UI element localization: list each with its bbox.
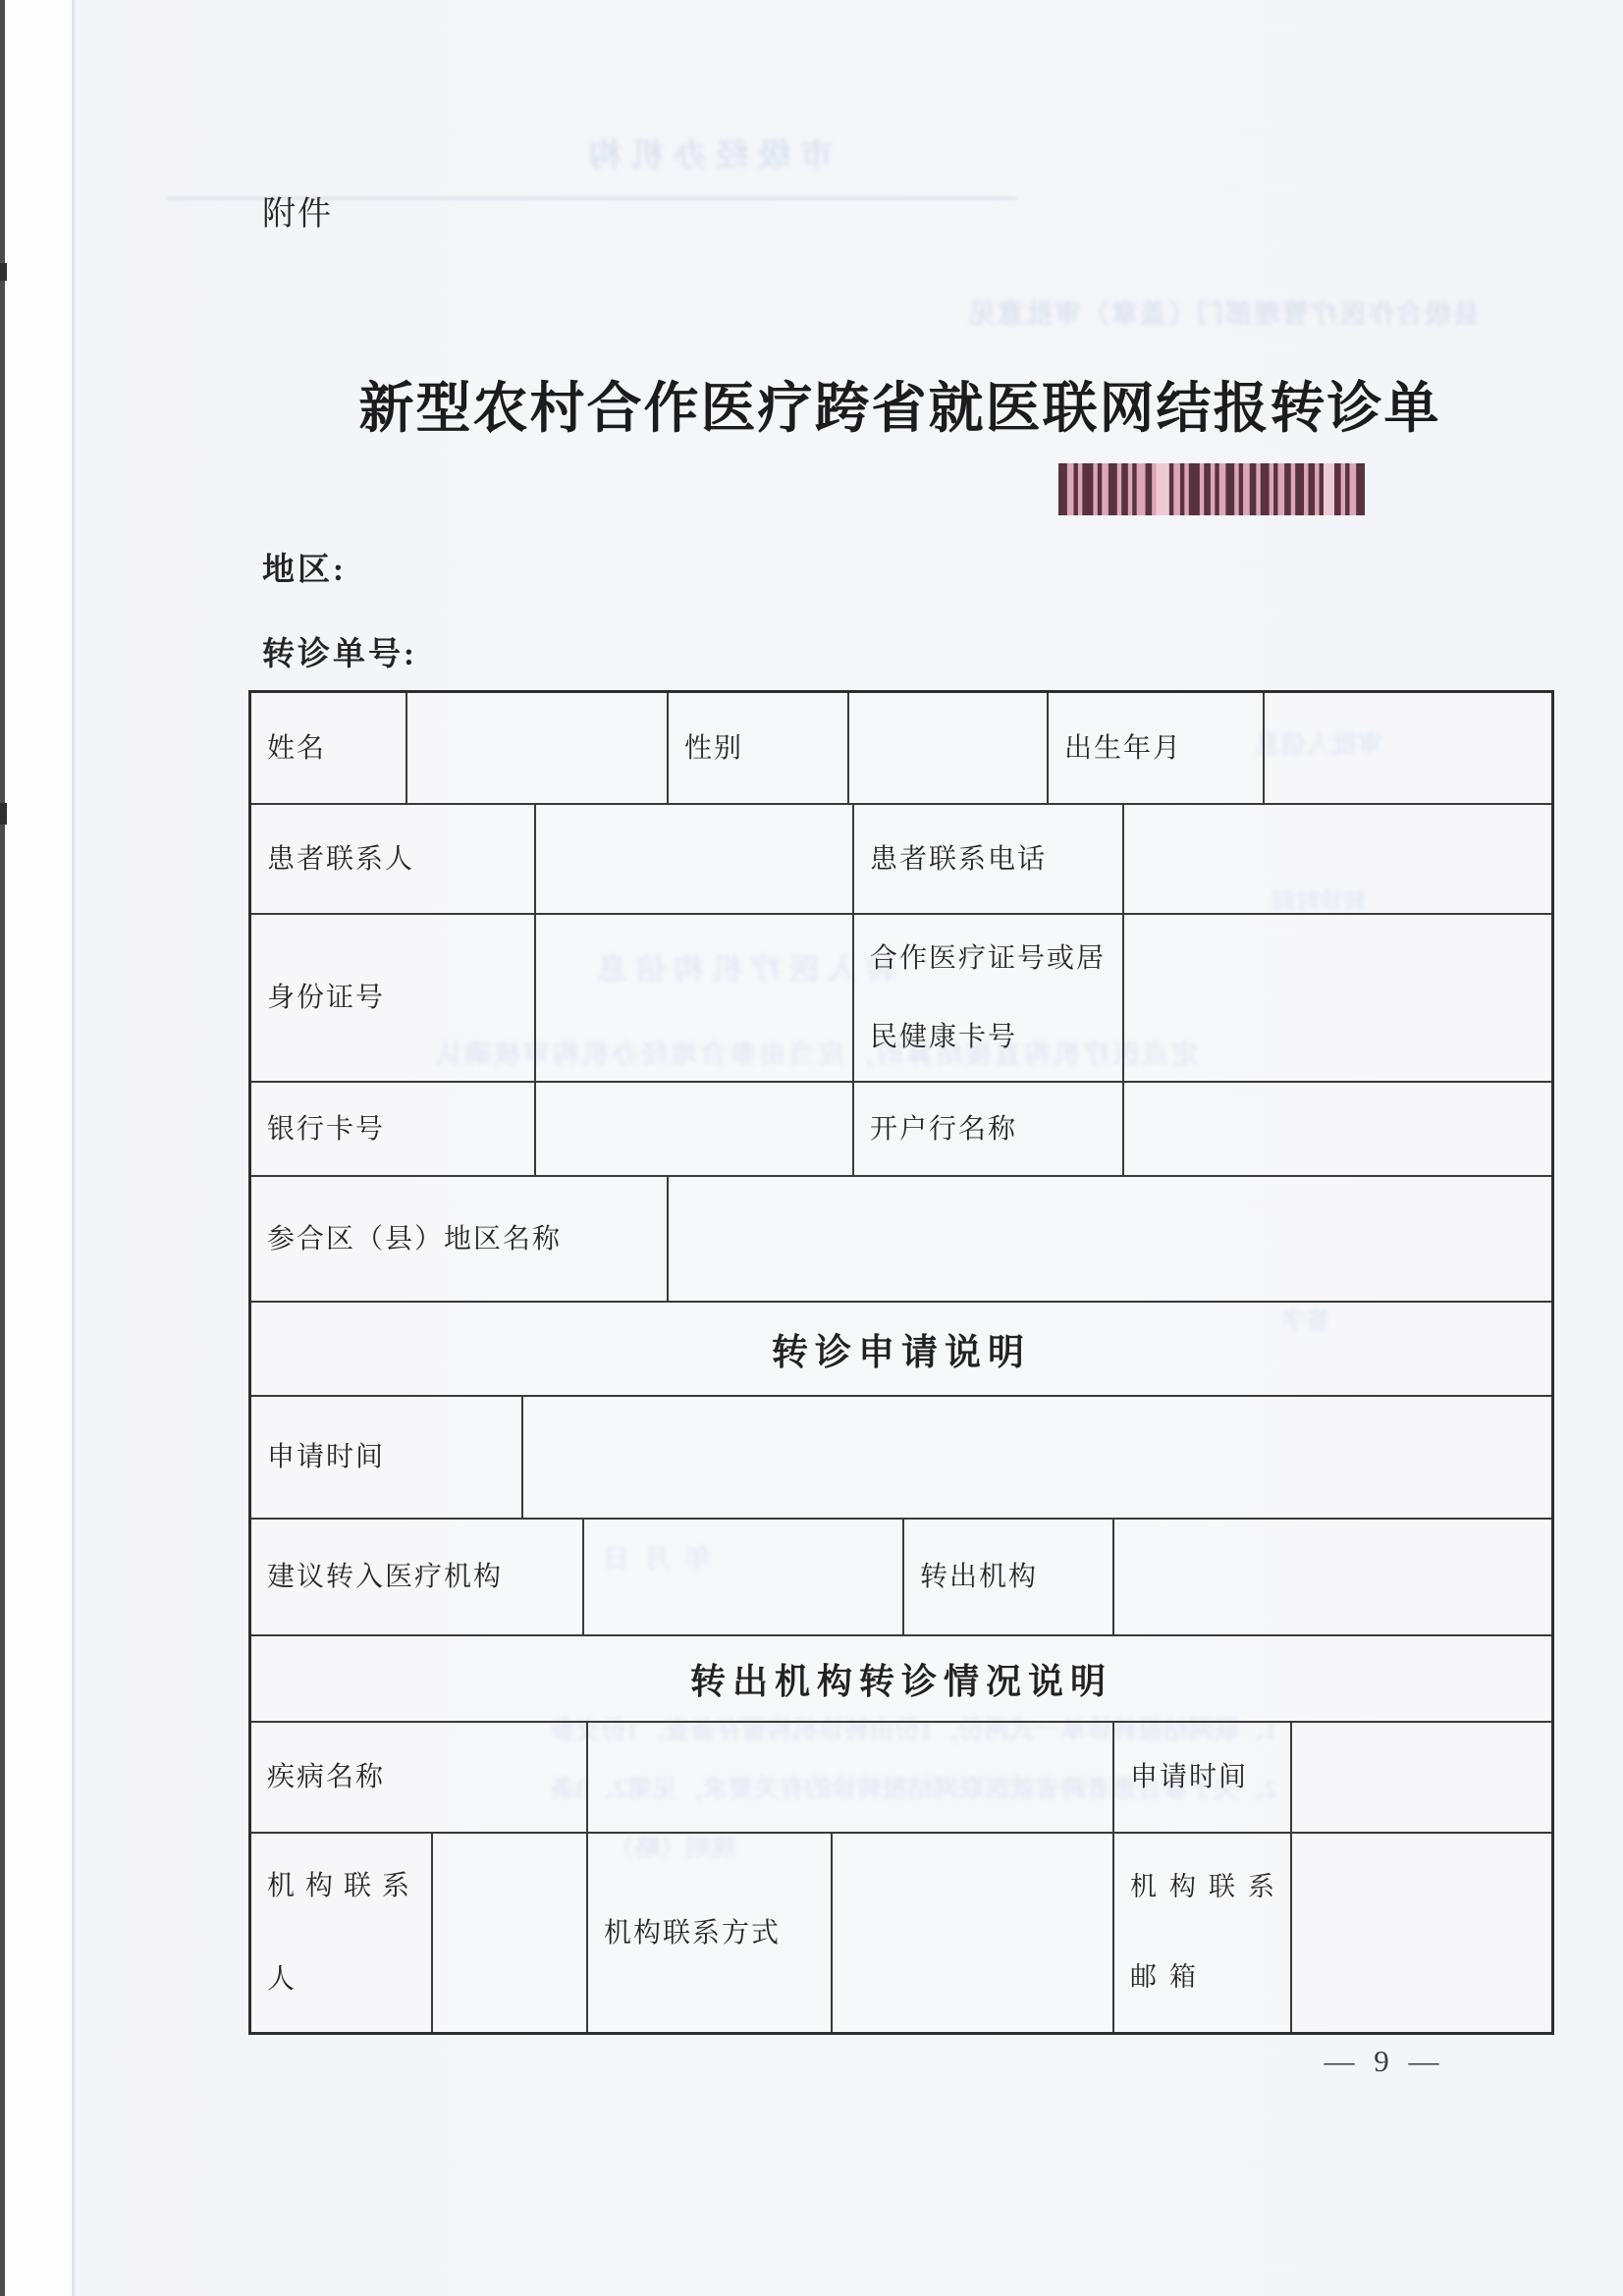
page-crease-line [72,0,75,2296]
name-label: 姓名 [251,693,407,803]
out-apply-time-label: 申请时间 [1114,1723,1292,1832]
table-row: 疾病名称 申请时间 [251,1723,1551,1834]
birth-date-label: 出生年月 [1049,693,1265,803]
region-label: 地区: [262,544,347,590]
barcode [1058,463,1365,515]
transfer-out-org-label: 转出机构 [904,1520,1114,1634]
org-contact-method-value-cell [833,1834,1114,2032]
birth-date-value-cell [1265,693,1551,803]
bleed-through-text: 县级合作医疗管理部门（盖章）审批意见 [967,293,1480,331]
gender-label: 性别 [669,693,849,803]
org-contact-value-cell [433,1834,588,2032]
disease-name-label: 疾病名称 [251,1723,588,1832]
org-contact-method-label: 机构联系方式 [588,1834,833,2032]
table-row: 机构联系人 机构联系方式 机构联系邮箱 [251,1834,1551,2032]
apply-time-label: 申请时间 [251,1397,523,1518]
patient-contact-label: 患者联系人 [251,805,536,913]
table-row: 申请时间 [251,1397,1551,1520]
table-row: 参合区（县）地区名称 [251,1177,1551,1303]
org-contact-email-value-cell [1292,1834,1551,2032]
apply-time-value-cell [523,1397,1551,1518]
bank-name-label: 开户行名称 [854,1083,1124,1175]
page-number: — 9 — [1267,2044,1502,2079]
bank-name-value-cell [1124,1083,1551,1175]
coop-card-label: 合作医疗证号或居民健康卡号 [854,915,1124,1081]
table-row: 身份证号 合作医疗证号或居民健康卡号 [251,915,1551,1083]
county-region-value-cell [669,1177,1551,1301]
scan-edge-white-margin [5,0,72,2296]
org-contact-email-label: 机构联系邮箱 [1114,1834,1292,2032]
transfer-out-section-header: 转出机构转诊情况说明 [251,1636,1551,1721]
patient-phone-label: 患者联系电话 [854,805,1124,913]
id-number-label: 身份证号 [251,915,536,1081]
attachment-label: 附件 [262,187,333,235]
referral-form-table: 姓名 性别 出生年月 患者联系人 患者联系电话 身份证号 合作医疗证号或居民健康… [248,690,1554,2035]
scan-edge-mark [0,803,7,825]
table-row: 转诊申请说明 [251,1303,1551,1397]
id-number-value-cell [536,915,854,1081]
table-row: 患者联系人 患者联系电话 [251,805,1551,915]
table-row: 转出机构转诊情况说明 [251,1636,1551,1723]
referral-application-section-header: 转诊申请说明 [251,1303,1551,1395]
bank-card-value-cell [536,1083,854,1175]
scan-edge-mark [0,263,7,281]
disease-name-value-cell [588,1723,1114,1832]
table-row: 姓名 性别 出生年月 [251,693,1551,805]
bank-card-label: 银行卡号 [251,1083,536,1175]
coop-card-value-cell [1124,915,1551,1081]
patient-phone-value-cell [1124,805,1551,913]
bleed-through-text: 市级经办机构 [579,130,833,176]
table-row: 银行卡号 开户行名称 [251,1083,1551,1177]
org-contact-label: 机构联系人 [251,1834,433,2032]
transfer-in-org-label: 建议转入医疗机构 [251,1520,584,1634]
patient-contact-value-cell [536,805,854,913]
transfer-out-org-value-cell [1114,1520,1551,1634]
out-apply-time-value-cell [1292,1723,1551,1832]
document-title: 新型农村合作医疗跨省就医联网结报转诊单 [248,365,1551,444]
scanned-document-page: 市级经办机构 县级合作医疗管理部门（盖章）审批意见 审批人信息 转诊时间 转入医… [0,0,1623,2296]
county-region-label: 参合区（县）地区名称 [251,1177,669,1301]
gender-value-cell [849,693,1049,803]
name-value-cell [407,693,669,803]
table-row: 建议转入医疗机构 转出机构 [251,1520,1551,1636]
transfer-in-org-value-cell [584,1520,904,1634]
referral-number-label: 转诊单号: [262,628,417,674]
